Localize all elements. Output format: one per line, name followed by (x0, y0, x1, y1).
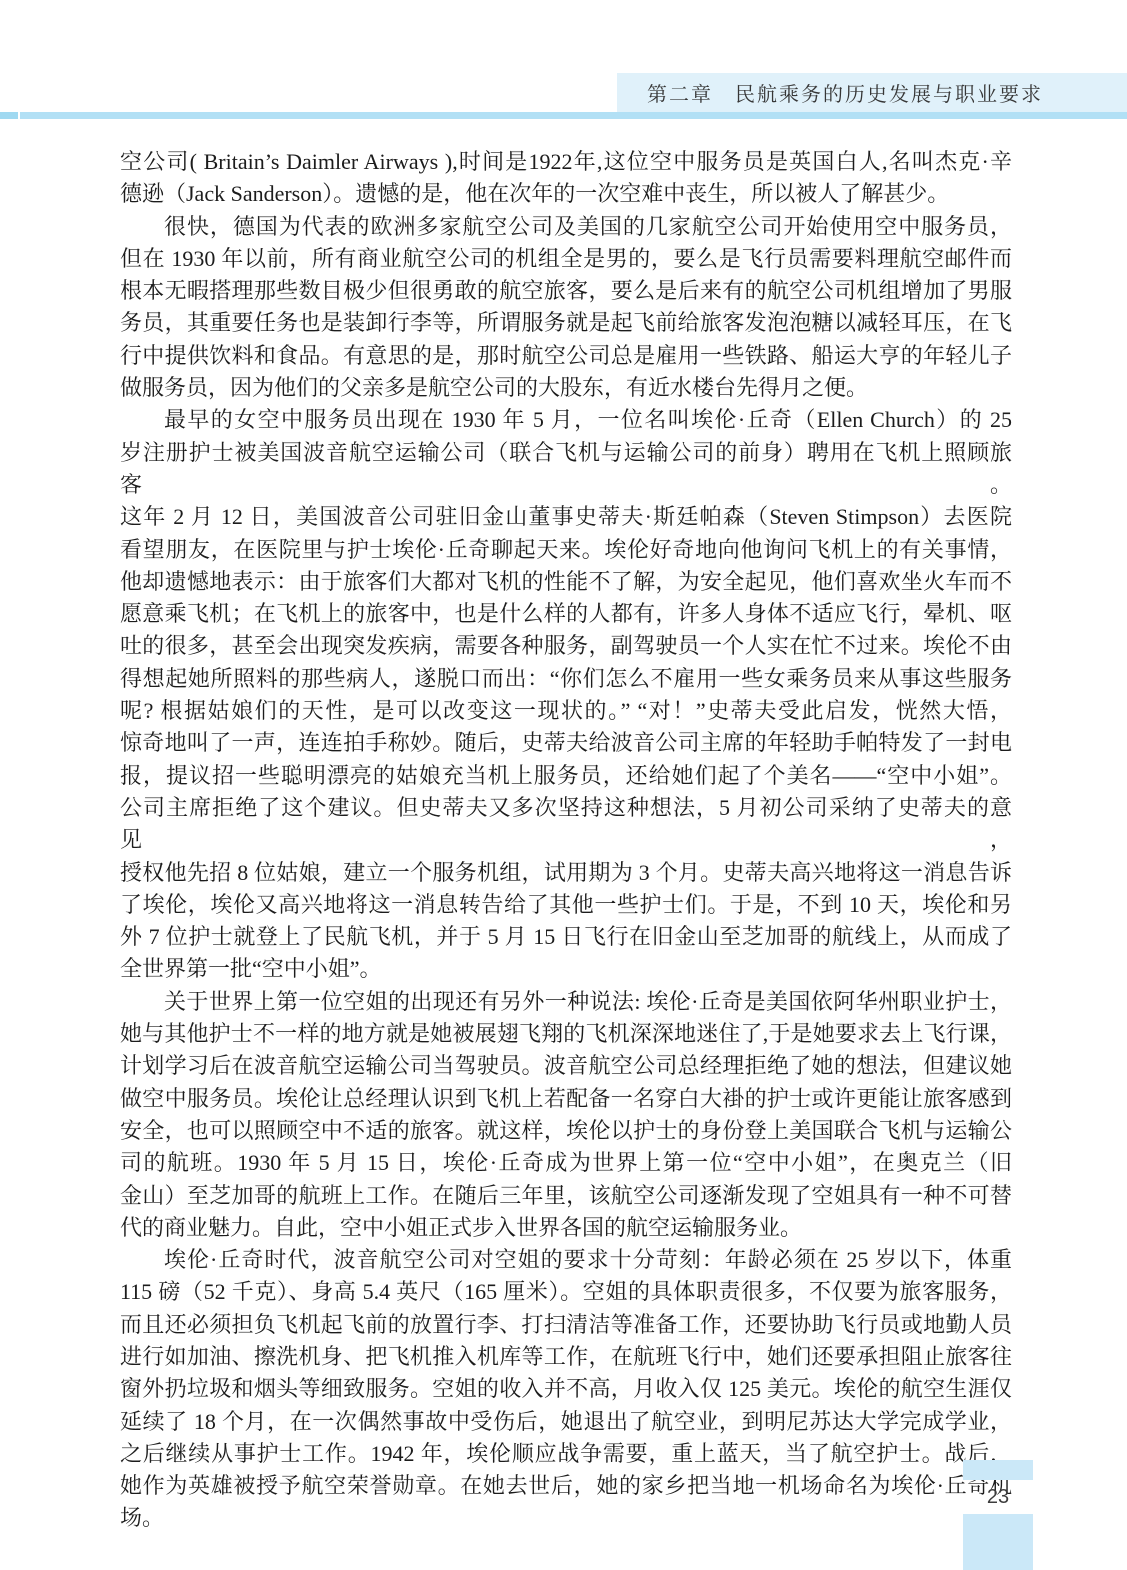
text-line: 呢? 根据姑娘们的天性，是可以改变这一现状的。” “对！”史蒂夫受此启发，恍然大… (120, 695, 1012, 727)
paragraph: 埃伦·丘奇时代，波音航空公司对空姐的要求十分苛刻：年龄必须在 25 岁以下，体重… (120, 1244, 1012, 1535)
text-line: 金山）至芝加哥的航班上工作。在随后三年里，该航空公司逐渐发现了空姐具有一种不可替 (120, 1180, 1012, 1212)
text-line: 而且还必须担负飞机起飞前的放置行李、打扫清洁等准备工作，还要协助飞行员或地勤人员 (120, 1309, 1012, 1341)
text-line: 得想起她所照料的那些病人，遂脱口而出：“你们怎么不雇用一些女乘务员来从事这些服务 (120, 663, 1012, 695)
text-line: 代的商业魅力。自此，空中小姐正式步入世界各国的航空运输服务业。 (120, 1212, 1012, 1244)
text-line: 务员，其重要任务也是装卸行李等，所谓服务就是起飞前给旅客发泡泡糖以减轻耳压，在飞 (120, 307, 1012, 339)
text-line: 做服务员，因为他们的父亲多是航空公司的大股东，有近水楼台先得月之便。 (120, 372, 1012, 404)
text-line: 但在 1930 年以前，所有商业航空公司的机组全是男的，要么是飞行员需要料理航空… (120, 243, 1012, 275)
text-line: 吐的很多，甚至会出现突发疾病，需要各种服务，副驾驶员一个人实在忙不过来。埃伦不由 (120, 630, 1012, 662)
text-line: 行中提供饮料和食品。有意思的是，那时航空公司总是雇用一些铁路、船运大亨的年轻儿子 (120, 340, 1012, 372)
paragraph: 空公司( Britain’s Daimler Airways ),时间是1922… (120, 146, 1012, 211)
text-line: 报，提议招一些聪明漂亮的姑娘充当机上服务员，还给她们起了个美名——“空中小姐”。 (120, 760, 1012, 792)
footer-decoration-large (963, 1514, 1033, 1570)
text-line: 进行如加油、擦洗机身、把飞机推入机库等工作，在航班飞行中，她们还要承担阻止旅客往 (120, 1341, 1012, 1373)
text-line: 之后继续从事护士工作。1942 年，埃伦顺应战争需要，重上蓝天，当了航空护士。战… (120, 1438, 1012, 1470)
header-rule-left-segment (0, 112, 18, 119)
text-line: 他却遗憾地表示：由于旅客们大都对飞机的性能不了解，为安全起见，他们喜欢坐火车而不 (120, 566, 1012, 598)
text-line: 关于世界上第一位空姐的出现还有另外一种说法: 埃伦·丘奇是美国依阿华州职业护士， (120, 986, 1012, 1018)
text-line: 计划学习后在波音航空运输公司当驾驶员。波音航空公司总经理拒绝了她的想法，但建议她 (120, 1050, 1012, 1082)
text-line: 看望朋友，在医院里与护士埃伦·丘奇聊起天来。埃伦好奇地向他询问飞机上的有关事情， (120, 534, 1012, 566)
text-line: 了埃伦，埃伦又高兴地将这一消息转告给了其他一些护士们。于是，不到 10 天，埃伦… (120, 889, 1012, 921)
book-page: 第二章 民航乘务的历史发展与职业要求 空公司( Britain’s Daimle… (0, 0, 1127, 1570)
text-line: 这年 2 月 12 日，美国波音公司驻旧金山董事史蒂夫·斯廷帕森（Steven … (120, 501, 1012, 533)
text-line: 她作为英雄被授予航空荣誉勋章。在她去世后，她的家乡把当地一机场命名为埃伦·丘奇机… (120, 1470, 1012, 1535)
text-line: 外 7 位护士就登上了民航飞机，并于 5 月 15 日飞行在旧金山至芝加哥的航线… (120, 921, 1012, 953)
chapter-header-band: 第二章 民航乘务的历史发展与职业要求 (617, 73, 1127, 112)
text-line: 空公司( Britain’s Daimler Airways ),时间是1922… (120, 146, 1012, 178)
text-line: 做空中服务员。埃伦让总经理认识到飞机上若配备一名穿白大褂的护士或许更能让旅客感到 (120, 1083, 1012, 1115)
paragraph: 关于世界上第一位空姐的出现还有另外一种说法: 埃伦·丘奇是美国依阿华州职业护士，… (120, 986, 1012, 1244)
text-line: 司的航班。1930 年 5 月 15 日，埃伦·丘奇成为世界上第一位“空中小姐”… (120, 1147, 1012, 1179)
text-line: 115 磅（52 千克）、身高 5.4 英尺（165 厘米）。空姐的具体职责很多… (120, 1276, 1012, 1308)
paragraph: 最早的女空中服务员出现在 1930 年 5 月，一位名叫埃伦·丘奇（Ellen … (120, 404, 1012, 985)
text-line: 公司主席拒绝了这个建议。但史蒂夫又多次坚持这种想法，5 月初公司采纳了史蒂夫的意… (120, 792, 1012, 857)
chapter-title: 第二章 民航乘务的历史发展与职业要求 (647, 78, 1043, 107)
text-line: 安全，也可以照顾空中不适的旅客。就这样，埃伦以护士的身份登上美国联合飞机与运输公 (120, 1115, 1012, 1147)
text-line: 最早的女空中服务员出现在 1930 年 5 月，一位名叫埃伦·丘奇（Ellen … (120, 404, 1012, 436)
text-line: 根本无暇搭理那些数目极少但很勇敢的航空旅客，要么是后来有的航空公司机组增加了男服 (120, 275, 1012, 307)
footer-decoration-small (963, 1460, 1033, 1480)
paragraph: 很快，德国为代表的欧洲多家航空公司及美国的几家航空公司开始使用空中服务员，但在 … (120, 211, 1012, 405)
text-line: 惊奇地叫了一声，连连拍手称妙。随后，史蒂夫给波音公司主席的年轻助手帕特发了一封电 (120, 727, 1012, 759)
text-line: 全世界第一批“空中小姐”。 (120, 953, 1012, 985)
body-text: 空公司( Britain’s Daimler Airways ),时间是1922… (120, 146, 1012, 1535)
page-number: 23 (963, 1485, 1033, 1509)
text-line: 延续了 18 个月，在一次偶然事故中受伤后，她退出了航空业，到明尼苏达大学完成学… (120, 1406, 1012, 1438)
text-line: 很快，德国为代表的欧洲多家航空公司及美国的几家航空公司开始使用空中服务员， (120, 211, 1012, 243)
text-line: 窗外扔垃圾和烟头等细致服务。空姐的收入并不高，月收入仅 125 美元。埃伦的航空… (120, 1373, 1012, 1405)
text-line: 岁注册护士被美国波音航空运输公司（联合飞机与运输公司的前身）聘用在飞机上照顾旅客… (120, 437, 1012, 502)
text-line: 德逊（Jack Sanderson）。遗憾的是，他在次年的一次空难中丧生，所以被… (120, 178, 1012, 210)
text-line: 埃伦·丘奇时代，波音航空公司对空姐的要求十分苛刻：年龄必须在 25 岁以下，体重 (120, 1244, 1012, 1276)
text-line: 愿意乘飞机；在飞机上的旅客中，也是什么样的人都有，许多人身体不适应飞行，晕机、呕 (120, 598, 1012, 630)
text-line: 授权他先招 8 位姑娘，建立一个服务机组，试用期为 3 个月。史蒂夫高兴地将这一… (120, 857, 1012, 889)
text-line: 她与其他护士不一样的地方就是她被展翅飞翔的飞机深深地迷住了,于是她要求去上飞行课… (120, 1018, 1012, 1050)
header-rule (20, 112, 1127, 119)
